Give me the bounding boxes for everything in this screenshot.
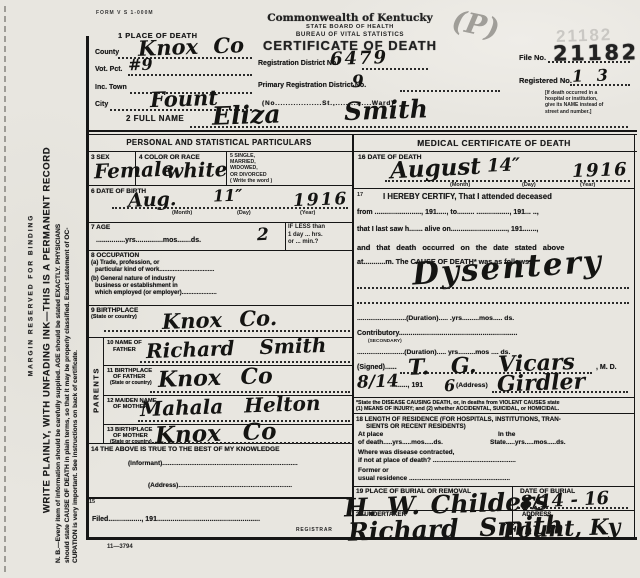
row-line <box>354 188 634 189</box>
disease-contracted-line1: Where was disease contracted, <box>358 449 454 456</box>
city-value: Fount <box>150 85 219 112</box>
row-line <box>86 250 352 251</box>
occupation-b-line1: (b) General nature of industry <box>91 276 175 282</box>
row-line <box>354 397 634 398</box>
city-label: City <box>95 101 108 108</box>
column-divider <box>352 134 354 537</box>
mother-birthplace-value: Knox Co <box>155 418 277 449</box>
certify-statement-bold: I HEREBY CERTIFY, That I attended deceas… <box>383 192 552 201</box>
state-board-subtitle: STATE BOARD OF HEALTH <box>250 24 450 30</box>
signature-year-digit: 6 <box>444 376 456 395</box>
if-less-box: IF LESS than 1 day ... hrs. or ... min.? <box>288 224 325 247</box>
former-residence-line2: usual residence ........................… <box>358 475 510 482</box>
marital-status-label: 5 SINGLE, MARRIED, WIDOWED, OR DIVORCED … <box>230 153 272 184</box>
year-caption: (Year) <box>300 210 315 216</box>
secondary-caption: (SECONDARY) <box>368 339 402 344</box>
mother-birthplace-label-3: (State or country) <box>110 439 152 445</box>
row-line <box>354 486 634 487</box>
month-caption: (Month) <box>172 210 192 216</box>
father-name-value: Richard Smith <box>146 333 327 363</box>
certify-last-saw-line: that I last saw h....... alive on.......… <box>357 226 538 233</box>
certify-item-number: 17 <box>357 192 363 198</box>
file-no-value: 21182 <box>553 40 639 65</box>
bureau-subtitle: BUREAU OF VITAL STATISTICS <box>250 31 450 38</box>
birthplace-sublabel: (State or country) <box>91 314 137 320</box>
parents-vertical-label: PARENTS <box>92 367 101 413</box>
hospital-note-line3: give its NAME instead of <box>545 102 603 108</box>
file-no-label: File No. <box>519 53 546 62</box>
if-less-line: or ... min.? <box>288 239 325 247</box>
registration-district-label: Registration District No. <box>258 60 338 67</box>
at-place-label: At place <box>358 431 383 438</box>
medical-certificate-header: MEDICAL CERTIFICATE OF DEATH <box>354 138 634 148</box>
month-caption: (Month) <box>450 182 470 188</box>
margin-nb-line2: should state CAUSE OF DEATH in plain ter… <box>64 133 73 563</box>
filed-line: Filed................., 191.............… <box>92 516 260 523</box>
father-name-label-1: 10 NAME OF <box>107 340 142 346</box>
margin-nb-paragraph: N. B.—Every item of information should b… <box>55 133 81 563</box>
row-line <box>86 222 352 223</box>
registration-district-value: 6479 <box>330 47 389 70</box>
voting-precinct-value: #9 <box>128 55 153 75</box>
voting-precinct-label: Vot. Pct. <box>95 66 122 73</box>
dob-year-value: 1916 <box>293 189 349 211</box>
color-race-value: white <box>166 157 228 183</box>
md-suffix: , M. D. <box>596 364 617 371</box>
primary-registration-value: 9 <box>352 72 365 92</box>
margin-nb-line3: CUPATION is very important. See instruct… <box>72 133 81 563</box>
rule-under-fullname-2 <box>86 134 637 135</box>
father-birthplace-label-3: (State or country) <box>110 380 152 386</box>
physician-address-label: (Address) <box>456 382 488 389</box>
occupation-b-line3: which employed (or employer)............… <box>95 290 217 296</box>
physician-address-value: Girdler <box>497 368 586 397</box>
border-left <box>86 36 89 540</box>
marital-line: ( Write the word ) <box>230 178 272 184</box>
signature-date-dots: ........, 191 <box>392 382 423 389</box>
occupation-a-line2: particular kind of work.................… <box>95 267 214 273</box>
hospital-note-line4: street and number.] <box>545 109 603 115</box>
row-line <box>86 305 352 306</box>
dod-year-value: 1916 <box>572 159 629 182</box>
dob-month-value: Aug. <box>128 188 177 212</box>
occupation-b-line2: business or establishment in <box>95 283 178 289</box>
at-place-units: of death.....yrs.....mos.....ds. <box>358 439 443 446</box>
signed-label: (Signed)...... <box>357 364 397 371</box>
registered-no-label: Registered No. <box>519 76 572 85</box>
inc-town-label: Inc. Town <box>95 84 127 91</box>
county-value: Knox Co <box>138 32 245 61</box>
former-residence-line1: Former or <box>358 467 389 474</box>
age-days-value: 2 <box>257 225 270 245</box>
row-line <box>354 413 634 414</box>
perforation-line <box>4 6 6 572</box>
age-label: 7 AGE <box>91 224 110 231</box>
filed-box-number: 15 <box>89 499 95 505</box>
undertaker-address-value: Fount, Ky <box>503 514 621 544</box>
registered-no-value: 1 3 <box>572 65 612 85</box>
mother-maiden-value: Mahala Helton <box>140 391 321 421</box>
cause-duration-line: ..........................(Duration)....… <box>357 315 514 322</box>
length-of-residence-label-1: 18 LENGTH OF RESIDENCE (FOR HOSPITALS, I… <box>356 416 561 423</box>
dod-month-value: August <box>389 153 481 185</box>
margin-nb-line1: N. B.—Every item of information should b… <box>55 133 64 563</box>
father-birthplace-value: Knox Co <box>158 363 274 393</box>
dotted-line <box>357 301 629 304</box>
informant-address-line: (Address)...............................… <box>148 482 292 489</box>
length-of-residence-label-2: SIENTS OR RECENT RESIDENTS) <box>366 423 466 430</box>
dod-day-value: 14″ <box>487 154 521 176</box>
if-less-line: IF LESS than <box>288 224 325 232</box>
dob-day-value: 11″ <box>213 185 243 205</box>
in-state-units: State.....yrs.....mos.....ds. <box>490 439 566 446</box>
disease-contracted-line2: if not at place of death? ..............… <box>358 457 516 464</box>
birthplace-value: Knox Co. <box>162 305 278 334</box>
registrar-caption: REGISTRAR <box>296 527 333 533</box>
form-number: FORM V S 1-000M <box>96 10 154 16</box>
county-label: County <box>95 49 119 56</box>
occupation-a-line1: (a) Trade, profession, or <box>91 260 159 266</box>
full-name-label: 2 FULL NAME <box>126 114 184 123</box>
marital-line: OR DIVORCED <box>230 172 272 178</box>
informant-truth-statement: 14 THE ABOVE IS TRUE TO THE BEST OF MY K… <box>91 446 280 453</box>
dotted-line <box>357 286 629 289</box>
in-the-label: In the <box>498 431 515 438</box>
dotted-line <box>400 89 500 92</box>
form-code: 11—3794 <box>107 544 133 550</box>
border-right <box>634 134 635 537</box>
rule-under-fullname <box>86 130 637 132</box>
margin-binding-text: MARGIN RESERVED FOR BINDING <box>28 214 35 377</box>
day-caption: (Day) <box>237 210 251 216</box>
row-line-heavy <box>86 497 352 499</box>
certify-from-to-line: from ........................, 191.....,… <box>357 209 539 216</box>
father-name-label-2: FATHER <box>113 347 136 353</box>
year-caption: (Year) <box>580 182 595 188</box>
birthplace-label: 9 BIRTHPLACE <box>91 307 138 314</box>
primary-registration-label: Primary Registration District No. <box>258 82 366 89</box>
margin-write-plainly-text: WRITE PLAINLY, WITH UNFADING INK—THIS IS… <box>42 147 53 513</box>
commonwealth-title: Commonwealth of Kentucky <box>250 12 450 24</box>
parents-label-divider <box>103 337 104 443</box>
personal-particulars-header: PERSONAL AND STATISTICAL PARTICULARS <box>86 138 352 147</box>
day-caption: (Day) <box>522 182 536 188</box>
death-certificate-scan: MARGIN RESERVED FOR BINDING WRITE PLAINL… <box>0 0 640 578</box>
ifless-box-divider <box>285 222 286 250</box>
contributory-label-line: Contributory............................… <box>357 330 518 337</box>
if-less-line: 1 day ... hrs. <box>288 232 325 240</box>
age-units-line: ...............yrs..............mos.....… <box>96 237 201 244</box>
hospital-note: [If death occurred in a hospital or inst… <box>545 90 603 115</box>
informant-line: (Informant).............................… <box>128 460 298 467</box>
occupation-label: 8 OCCUPATION <box>91 252 139 259</box>
rule-under-section-headers <box>86 151 637 152</box>
cause-footnote-line2: (1) MEANS OF INJURY; and (2) whether ACC… <box>356 406 559 412</box>
